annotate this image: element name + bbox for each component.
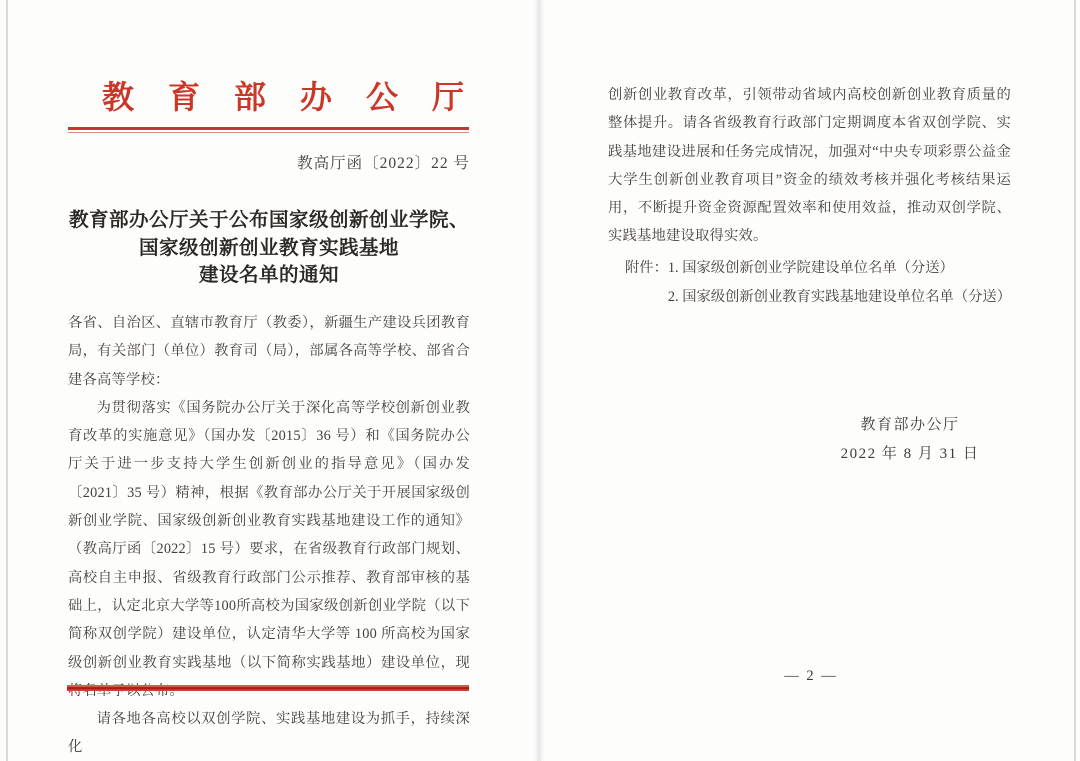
attachments-list: 1. 国家级创新创业学院建设单位名单（分送） 2. 国家级创新创业教育实践基地建… [668, 254, 1011, 311]
page1-paragraph-2: 请各地各高校以双创学院、实践基地建设为抓手，持续深化 [68, 705, 470, 761]
page2-body: 创新创业教育改革，引领带动省域内高校创新创业教育质量的整体提升。请各省级教育行政… [608, 81, 1011, 251]
page1-body: 各省、自治区、直辖市教育厅（教委），新疆生产建设兵团教育局，有关部门（单位）教育… [68, 309, 470, 761]
agency-header-red-title: 教育部办公厅 [68, 74, 470, 120]
attachments-block: 附件： 1. 国家级创新创业学院建设单位名单（分送） 2. 国家级创新创业教育实… [608, 254, 1011, 311]
signer-name: 教育部办公厅 [780, 411, 1040, 440]
salutation: 各省、自治区、直辖市教育厅（教委），新疆生产建设兵团教育局，有关部门（单位）教育… [68, 309, 470, 394]
photo-right-edge [1074, 0, 1076, 761]
document-title-line2: 国家级创新创业教育实践基地 [62, 235, 476, 263]
attachment-item-1: 1. 国家级创新创业学院建设单位名单（分送） [668, 254, 1011, 283]
document-title-line3: 建设名单的通知 [62, 262, 476, 290]
red-header-rule-echo [68, 132, 469, 133]
document-number: 教高厅函〔2022〕22 号 [68, 151, 470, 173]
page-number: — 2 — [542, 668, 1080, 685]
page2-paragraph-1: 创新创业教育改革，引领带动省域内高校创新创业教育质量的整体提升。请各省级教育行政… [608, 81, 1011, 251]
page1-paragraph-1: 为贯彻落实《国务院办公厅关于深化高等学校创新创业教育改革的实施意见》（国办发〔2… [68, 394, 470, 705]
scanned-document-photo: 教育部办公厅 教高厅函〔2022〕22 号 教育部办公厅关于公布国家级创新创业学… [0, 0, 1080, 761]
attachment-item-2: 2. 国家级创新创业教育实践基地建设单位名单（分送） [668, 283, 1011, 312]
signature-date: 2022 年 8 月 31 日 [780, 440, 1040, 469]
red-header-rule [68, 127, 469, 130]
signature-block: 教育部办公厅 2022 年 8 月 31 日 [780, 411, 1040, 468]
page-divider [537, 0, 541, 761]
photo-left-edge [6, 0, 8, 761]
red-footer-rule [67, 685, 469, 691]
document-title: 教育部办公厅关于公布国家级创新创业学院、 国家级创新创业教育实践基地 建设名单的… [62, 207, 476, 290]
attachments-label: 附件： [608, 254, 668, 283]
document-title-line1: 教育部办公厅关于公布国家级创新创业学院、 [62, 207, 476, 235]
